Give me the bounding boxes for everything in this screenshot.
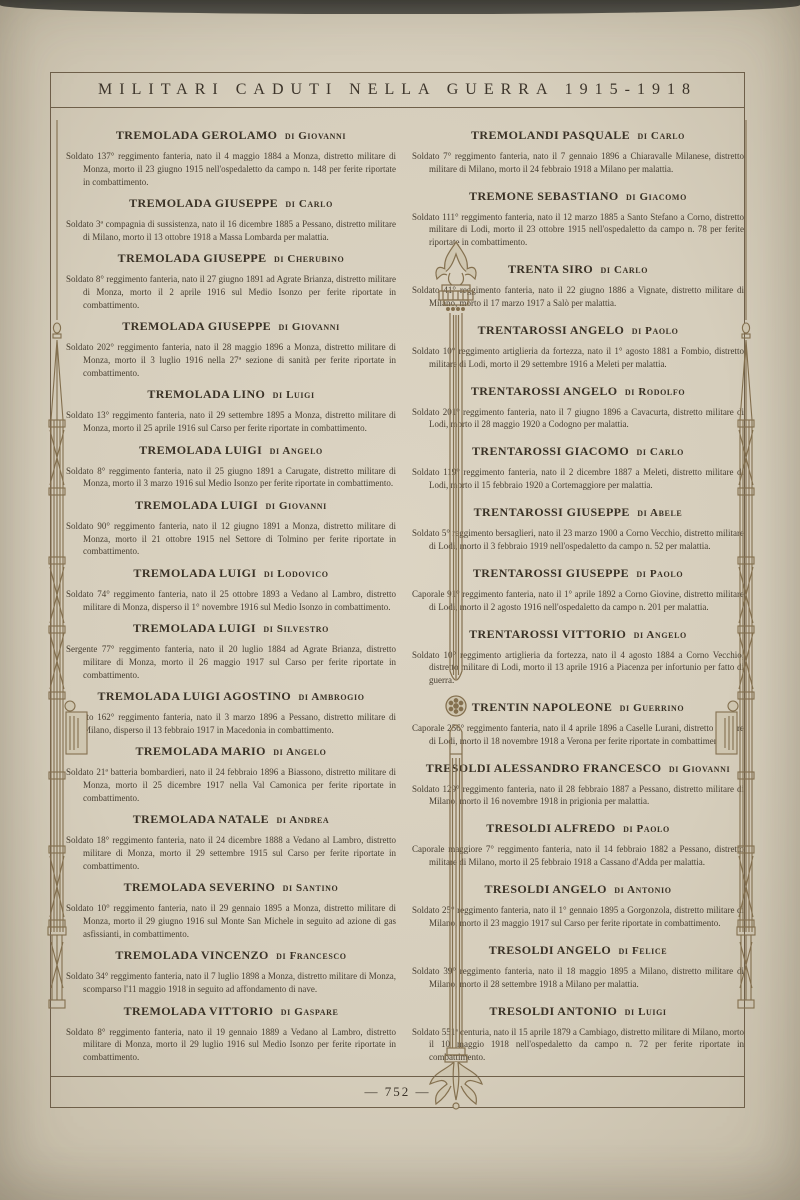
entry-soldier-name: TREMOLADA LINO bbox=[147, 387, 265, 401]
entry-filiation: di Paolo bbox=[632, 325, 679, 337]
page-frame: MILITARI CADUTI NELLA GUERRA 1915-1918 T… bbox=[50, 72, 745, 1108]
entry-description: Soldato 18° reggimento fanteria, nato il… bbox=[66, 834, 396, 872]
entry-soldier-name: TRESOLDI ANGELO bbox=[484, 882, 606, 896]
memorial-entry: TREMOLADA GIUSEPPE di Carlo Soldato 3ª c… bbox=[66, 196, 396, 244]
entry-filiation: di Rodolfo bbox=[625, 386, 685, 398]
memorial-entry: TREMOLADA NATALE di Andrea Soldato 18° r… bbox=[66, 812, 396, 872]
entry-name-heading: TREMOLADA VITTORIO di Gaspare bbox=[66, 1004, 396, 1019]
entry-name-heading: TREMOLADA SEVERINO di Santino bbox=[66, 880, 396, 895]
right-column: TREMOLANDI PASQUALE di Carlo Soldato 7° … bbox=[412, 108, 744, 1076]
entry-soldier-name: TRESOLDI ALFREDO bbox=[486, 821, 615, 835]
entry-name-heading: TRENTAROSSI GIACOMO di Carlo bbox=[412, 444, 744, 459]
entry-filiation: di Gaspare bbox=[281, 1006, 339, 1018]
entry-filiation: di Lodovico bbox=[264, 568, 329, 580]
entry-filiation: di Luigi bbox=[273, 389, 315, 401]
entry-filiation: di Francesco bbox=[276, 950, 346, 962]
footer-band: — 752 — bbox=[51, 1076, 744, 1107]
entry-description: Soldato 162° reggimento fanteria, nato i… bbox=[66, 711, 396, 737]
entry-name-heading: TRENTAROSSI VITTORIO di Angelo bbox=[412, 627, 744, 642]
entry-filiation: di Giovanni bbox=[669, 763, 730, 775]
entry-soldier-name: TRESOLDI ALESSANDRO FRANCESCO bbox=[426, 761, 662, 775]
entry-name-heading: TREMOLADA GEROLAMO di Giovanni bbox=[66, 128, 396, 143]
entry-name-heading: TRENTIN NAPOLEONE di Guerrino bbox=[412, 700, 744, 715]
memorial-entry: TREMOLADA MARIO di Angelo Soldato 21ª ba… bbox=[66, 744, 396, 804]
entry-name-heading: TRESOLDI ANGELO di Felice bbox=[412, 943, 744, 958]
entry-name-heading: TREMOLADA LUIGI di Lodovico bbox=[66, 566, 396, 581]
memorial-entry: TREMOLADA GIUSEPPE di Giovanni Soldato 2… bbox=[66, 319, 396, 379]
entry-name-heading: TREMOLADA GIUSEPPE di Giovanni bbox=[66, 319, 396, 334]
entry-name-heading: TRESOLDI ALESSANDRO FRANCESCO di Giovann… bbox=[412, 761, 744, 776]
memorial-entry: TREMOLADA VINCENZO di Francesco Soldato … bbox=[66, 948, 396, 996]
entry-description: Soldato 41° reggimento fanteria, nato il… bbox=[412, 284, 744, 310]
memorial-entry: TRENTAROSSI ANGELO di Rodolfo Soldato 20… bbox=[412, 384, 744, 432]
entry-soldier-name: TREMOLADA GIUSEPPE bbox=[122, 319, 271, 333]
entry-description: Soldato 201° reggimento fanteria, nato i… bbox=[412, 406, 744, 432]
entry-soldier-name: TREMONE SEBASTIANO bbox=[469, 189, 619, 203]
memorial-entry: TRENTAROSSI ANGELO di Paolo Soldato 10° … bbox=[412, 323, 744, 371]
memorial-entry: TRESOLDI ANGELO di Felice Soldato 39° re… bbox=[412, 943, 744, 991]
entry-soldier-name: TRENTAROSSI GIUSEPPE bbox=[473, 566, 629, 580]
entry-filiation: di Giovanni bbox=[266, 500, 327, 512]
entry-soldier-name: TRENTIN NAPOLEONE bbox=[472, 700, 613, 714]
entry-name-heading: TREMOLADA LUIGI di Giovanni bbox=[66, 498, 396, 513]
entry-description: Soldato 119° reggimento fanteria, nato i… bbox=[412, 466, 744, 492]
entry-description: Soldato 34° reggimento fanteria, nato il… bbox=[66, 970, 396, 996]
entry-soldier-name: TREMOLADA GIUSEPPE bbox=[118, 251, 267, 265]
entry-soldier-name: TREMOLADA MARIO bbox=[135, 744, 265, 758]
memorial-entry: TREMOLANDI PASQUALE di Carlo Soldato 7° … bbox=[412, 128, 744, 176]
entry-filiation: di Giacomo bbox=[626, 191, 687, 203]
left-column: TREMOLADA GEROLAMO di Giovanni Soldato 1… bbox=[66, 108, 396, 1076]
entry-name-heading: TRENTAROSSI GIUSEPPE di Abele bbox=[412, 505, 744, 520]
entry-filiation: di Santino bbox=[283, 882, 339, 894]
entry-filiation: di Carlo bbox=[636, 446, 684, 458]
entry-filiation: di Felice bbox=[619, 945, 668, 957]
entry-soldier-name: TREMOLADA LUIGI bbox=[139, 443, 262, 457]
memorial-entry: TRESOLDI ANGELO di Antonio Soldato 25° r… bbox=[412, 882, 744, 930]
memorial-entry: TREMOLADA GIUSEPPE di Cherubino Soldato … bbox=[66, 251, 396, 311]
entry-filiation: di Cherubino bbox=[274, 253, 344, 265]
scanned-page-background: MILITARI CADUTI NELLA GUERRA 1915-1918 T… bbox=[0, 0, 800, 1200]
book-top-edge bbox=[0, 0, 800, 14]
memorial-entry: TRESOLDI ALESSANDRO FRANCESCO di Giovann… bbox=[412, 761, 744, 809]
memorial-entry: TRENTAROSSI GIACOMO di Carlo Soldato 119… bbox=[412, 444, 744, 492]
content-area: TREMOLADA GEROLAMO di Giovanni Soldato 1… bbox=[51, 108, 744, 1076]
entry-filiation: di Giovanni bbox=[285, 130, 346, 142]
entry-soldier-name: TRENTAROSSI ANGELO bbox=[478, 323, 625, 337]
entry-name-heading: TREMOLADA LUIGI AGOSTINO di Ambrogio bbox=[66, 689, 396, 704]
entry-description: Soldato 8° reggimento fanteria, nato il … bbox=[66, 465, 396, 491]
memorial-entry: TRENTAROSSI GIUSEPPE di Abele Soldato 5°… bbox=[412, 505, 744, 553]
memorial-entry: TREMOLADA LUIGI AGOSTINO di Ambrogio Sol… bbox=[66, 689, 396, 737]
entry-name-heading: TRENTAROSSI ANGELO di Rodolfo bbox=[412, 384, 744, 399]
entry-soldier-name: TREMOLADA VINCENZO bbox=[115, 948, 268, 962]
entry-filiation: di Angelo bbox=[270, 445, 323, 457]
entry-soldier-name: TREMOLADA VITTORIO bbox=[124, 1004, 274, 1018]
entry-description: Soldato 202° reggimento fanteria, nato i… bbox=[66, 341, 396, 379]
entry-name-heading: TREMONE SEBASTIANO di Giacomo bbox=[412, 189, 744, 204]
memorial-entry: TREMOLADA LINO di Luigi Soldato 13° regg… bbox=[66, 387, 396, 435]
entry-soldier-name: TRENTA SIRO bbox=[508, 262, 593, 276]
entry-name-heading: TREMOLANDI PASQUALE di Carlo bbox=[412, 128, 744, 143]
entry-name-heading: TRENTAROSSI ANGELO di Paolo bbox=[412, 323, 744, 338]
entry-filiation: di Paolo bbox=[623, 823, 670, 835]
entry-filiation: di Carlo bbox=[601, 264, 649, 276]
entry-soldier-name: TRESOLDI ANGELO bbox=[489, 943, 611, 957]
memorial-entry: TRESOLDI ANTONIO di Luigi Soldato 551ª c… bbox=[412, 1004, 744, 1064]
memorial-entry: TREMOLADA VITTORIO di Gaspare Soldato 8°… bbox=[66, 1004, 396, 1064]
entry-filiation: di Antonio bbox=[614, 884, 671, 896]
entry-soldier-name: TREMOLADA NATALE bbox=[133, 812, 269, 826]
memorial-entry: TRENTAROSSI VITTORIO di Angelo Soldato 1… bbox=[412, 627, 744, 687]
entry-name-heading: TREMOLADA GIUSEPPE di Cherubino bbox=[66, 251, 396, 266]
entry-description: Soldato 3ª compagnia di sussistenza, nat… bbox=[66, 218, 396, 244]
entry-description: Soldato 10° reggimento artiglieria da fo… bbox=[412, 649, 744, 687]
entry-name-heading: TREMOLADA GIUSEPPE di Carlo bbox=[66, 196, 396, 211]
memorial-entry: TREMOLADA GEROLAMO di Giovanni Soldato 1… bbox=[66, 128, 396, 188]
entry-filiation: di Abele bbox=[637, 507, 682, 519]
entry-name-heading: TREMOLADA MARIO di Angelo bbox=[66, 744, 396, 759]
entry-name-heading: TRESOLDI ANGELO di Antonio bbox=[412, 882, 744, 897]
entry-name-heading: TRENTA SIRO di Carlo bbox=[412, 262, 744, 277]
header-band: MILITARI CADUTI NELLA GUERRA 1915-1918 bbox=[51, 73, 744, 108]
memorial-entry: TRENTA SIRO di Carlo Soldato 41° reggime… bbox=[412, 262, 744, 310]
entry-description: Soldato 137° reggimento fanteria, nato i… bbox=[66, 150, 396, 188]
entry-filiation: di Angelo bbox=[273, 746, 326, 758]
page-number: — 752 — bbox=[365, 1084, 431, 1100]
entry-description: Soldato 8° reggimento fanteria, nato il … bbox=[66, 1026, 396, 1064]
entry-soldier-name: TREMOLADA GEROLAMO bbox=[116, 128, 278, 142]
entry-soldier-name: TREMOLADA SEVERINO bbox=[124, 880, 276, 894]
entry-description: Soldato 10° reggimento artiglieria da fo… bbox=[412, 345, 744, 371]
entry-filiation: di Carlo bbox=[637, 130, 685, 142]
memorial-entry: TRENTIN NAPOLEONE di Guerrino Caporale 2… bbox=[412, 700, 744, 748]
entry-soldier-name: TREMOLADA LUIGI bbox=[135, 498, 258, 512]
entry-soldier-name: TRENTAROSSI GIUSEPPE bbox=[474, 505, 630, 519]
entry-description: Soldato 5° reggimento bersaglieri, nato … bbox=[412, 527, 744, 553]
entry-filiation: di Silvestro bbox=[263, 623, 329, 635]
memorial-entry: TREMOLADA LUIGI di Silvestro Sergente 77… bbox=[66, 621, 396, 681]
entry-soldier-name: TREMOLANDI PASQUALE bbox=[471, 128, 630, 142]
entry-soldier-name: TREMOLADA LUIGI bbox=[133, 566, 256, 580]
page-title: MILITARI CADUTI NELLA GUERRA 1915-1918 bbox=[98, 81, 697, 99]
entry-name-heading: TREMOLADA VINCENZO di Francesco bbox=[66, 948, 396, 963]
entry-description: Soldato 10° reggimento fanteria, nato il… bbox=[66, 902, 396, 940]
entry-name-heading: TREMOLADA NATALE di Andrea bbox=[66, 812, 396, 827]
entry-filiation: di Carlo bbox=[285, 198, 333, 210]
entry-description: Soldato 13° reggimento fanteria, nato il… bbox=[66, 409, 396, 435]
entry-soldier-name: TRESOLDI ANTONIO bbox=[489, 1004, 617, 1018]
entry-soldier-name: TRENTAROSSI VITTORIO bbox=[469, 627, 626, 641]
entry-description: Caporale 256° reggimento fanteria, nato … bbox=[412, 722, 744, 748]
entry-soldier-name: TREMOLADA LUIGI bbox=[133, 621, 256, 635]
entry-filiation: di Paolo bbox=[636, 568, 683, 580]
entry-name-heading: TREMOLADA LUIGI di Angelo bbox=[66, 443, 396, 458]
entry-description: Soldato 21ª batteria bombardieri, nato i… bbox=[66, 766, 396, 804]
entry-description: Soldato 7° reggimento fanteria, nato il … bbox=[412, 150, 744, 176]
entry-filiation: di Angelo bbox=[634, 629, 687, 641]
entry-name-heading: TRESOLDI ALFREDO di Paolo bbox=[412, 821, 744, 836]
entry-name-heading: TREMOLADA LINO di Luigi bbox=[66, 387, 396, 402]
entry-description: Soldato 25° reggimento fanteria, nato il… bbox=[412, 904, 744, 930]
entry-soldier-name: TRENTAROSSI GIACOMO bbox=[472, 444, 629, 458]
entry-description: Soldato 90° reggimento fanteria, nato il… bbox=[66, 520, 396, 558]
entry-filiation: di Ambrogio bbox=[299, 691, 365, 703]
entry-filiation: di Andrea bbox=[276, 814, 329, 826]
memorial-entry: TREMOLADA LUIGI di Giovanni Soldato 90° … bbox=[66, 498, 396, 558]
entry-soldier-name: TREMOLADA LUIGI AGOSTINO bbox=[97, 689, 291, 703]
entry-description: Soldato 551ª centuria, nato il 15 aprile… bbox=[412, 1026, 744, 1064]
entry-name-heading: TRESOLDI ANTONIO di Luigi bbox=[412, 1004, 744, 1019]
entry-filiation: di Guerrino bbox=[620, 702, 685, 714]
memorial-entry: TREMOLADA LUIGI di Lodovico Soldato 74° … bbox=[66, 566, 396, 614]
memorial-entry: TREMOLADA SEVERINO di Santino Soldato 10… bbox=[66, 880, 396, 940]
entry-soldier-name: TREMOLADA GIUSEPPE bbox=[129, 196, 278, 210]
entry-description: Soldato 111° reggimento fanteria, nato i… bbox=[412, 211, 744, 249]
memorial-entry: TRESOLDI ALFREDO di Paolo Caporale maggi… bbox=[412, 821, 744, 869]
entry-description: Soldato 129° reggimento fanteria, nato i… bbox=[412, 783, 744, 809]
entry-description: Soldato 39° reggimento fanteria, nato il… bbox=[412, 965, 744, 991]
memorial-entry: TRENTAROSSI GIUSEPPE di Paolo Caporale 9… bbox=[412, 566, 744, 614]
memorial-entry: TREMOLADA LUIGI di Angelo Soldato 8° reg… bbox=[66, 443, 396, 491]
entry-description: Caporale maggiore 7° reggimento fanteria… bbox=[412, 843, 744, 869]
entry-name-heading: TRENTAROSSI GIUSEPPE di Paolo bbox=[412, 566, 744, 581]
entry-description: Soldato 74° reggimento fanteria, nato il… bbox=[66, 588, 396, 614]
memorial-entry: TREMONE SEBASTIANO di Giacomo Soldato 11… bbox=[412, 189, 744, 249]
entry-name-heading: TREMOLADA LUIGI di Silvestro bbox=[66, 621, 396, 636]
entry-description: Caporale 91° reggimento fanteria, nato i… bbox=[412, 588, 744, 614]
entry-filiation: di Giovanni bbox=[278, 321, 339, 333]
entry-description: Sergente 77° reggimento fanteria, nato i… bbox=[66, 643, 396, 681]
entry-filiation: di Luigi bbox=[625, 1006, 667, 1018]
entry-soldier-name: TRENTAROSSI ANGELO bbox=[471, 384, 618, 398]
entry-description: Soldato 8° reggimento fanteria, nato il … bbox=[66, 273, 396, 311]
